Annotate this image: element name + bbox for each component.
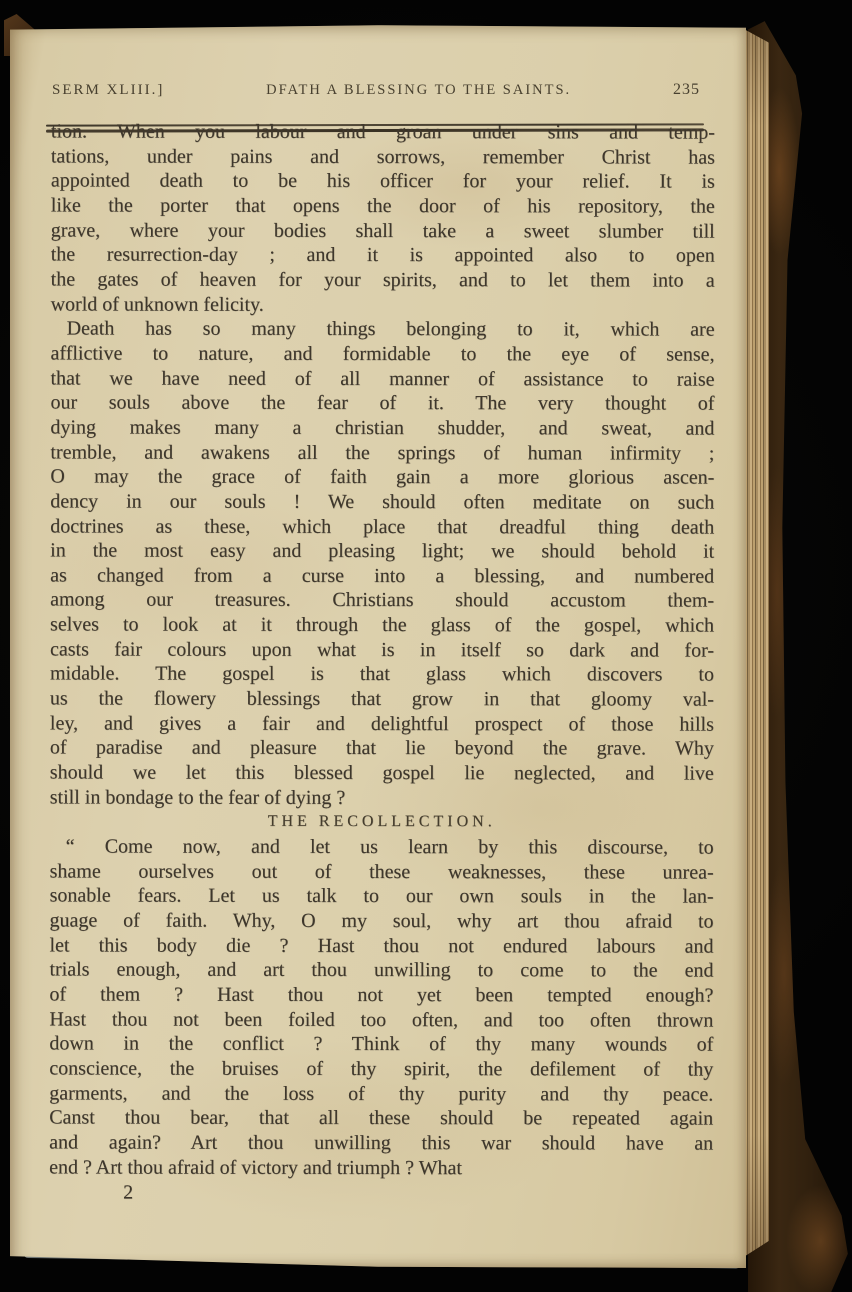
- text-line: of paradise and pleasure that lie beyond…: [50, 736, 714, 762]
- book-page: SERM XLIII.] DFATH A BLESSING TO THE SAI…: [10, 24, 746, 1268]
- text-line: sonable fears. Let us talk to our own so…: [50, 884, 714, 910]
- text-line: in the most easy and pleasing light; we …: [50, 539, 714, 565]
- text-line: midable. The gospel is that glass which …: [50, 662, 714, 688]
- page-number: 235: [673, 81, 700, 99]
- text-line: appointed death to be his officer for yo…: [51, 169, 715, 195]
- body-text: tion. When you labour and groan under si…: [49, 119, 715, 1206]
- signature-mark: 2: [49, 1180, 713, 1207]
- text-line: shame ourselves out of these weaknesses,…: [50, 859, 714, 885]
- text-line: us the flowery blessings that grow in th…: [50, 687, 714, 713]
- text-line: tations, under pains and sorrows, rememb…: [51, 144, 715, 170]
- text-line: our souls above the fear of it. The very…: [50, 391, 714, 417]
- text-line: doctrines as these, which place that dre…: [50, 514, 714, 540]
- running-title: DFATH A BLESSING TO THE SAINTS.: [164, 82, 673, 99]
- text-line: conscience, the bruises of thy spirit, t…: [49, 1056, 713, 1082]
- text-line: and again? Art thou unwilling this war s…: [49, 1130, 713, 1156]
- text-line: tion. When you labour and groan under si…: [51, 119, 715, 145]
- text-line: dying makes many a christian shudder, an…: [50, 415, 714, 441]
- running-header: SERM XLIII.] DFATH A BLESSING TO THE SAI…: [52, 81, 700, 99]
- text-line: like the porter that opens the door of h…: [51, 193, 715, 219]
- text-line: afflictive to nature, and formidable to …: [51, 341, 715, 367]
- text-line: should we let this blessed gospel lie ne…: [50, 760, 714, 786]
- page-fore-edge: [742, 28, 769, 1258]
- sermon-number-label: SERM XLIII.]: [52, 82, 164, 99]
- text-line: of them ? Hast thou not yet been tempted…: [49, 982, 713, 1008]
- text-line: “ Come now, and let us learn by this dis…: [50, 834, 714, 860]
- text-line: O may the grace of faith gain a more glo…: [50, 465, 714, 491]
- text-line: end ? Art thou afraid of victory and tri…: [49, 1155, 713, 1181]
- text-line: Hast thou not been foiled too often, and…: [49, 1007, 713, 1033]
- text-line: the resurrection-day ; and it is appoint…: [51, 243, 715, 269]
- text-line: grave, where your bodies shall take a sw…: [51, 218, 715, 244]
- text-line: trials enough, and art thou unwilling to…: [49, 958, 713, 984]
- text-line: among our treasures. Christians should a…: [50, 588, 714, 614]
- text-line: garments, and the loss of thy purity and…: [49, 1081, 713, 1107]
- text-line: world of unknown felicity.: [51, 292, 715, 318]
- text-line: guage of faith. Why, O my soul, why art …: [50, 908, 714, 934]
- text-line: that we have need of all manner of assis…: [50, 366, 714, 392]
- text-line: dency in our souls ! We should often med…: [50, 489, 714, 515]
- text-line: the gates of heaven for your spirits, an…: [51, 267, 715, 293]
- text-line: Canst thou bear, that all these should b…: [49, 1106, 713, 1132]
- text-line: Death has so many things belonging to it…: [51, 317, 715, 343]
- text-line: let this body die ? Hast thou not endure…: [49, 933, 713, 959]
- text-line: as changed from a curse into a blessing,…: [50, 563, 714, 589]
- book-scan: SERM XLIII.] DFATH A BLESSING TO THE SAI…: [0, 0, 852, 1292]
- text-line: selves to look at it through the glass o…: [50, 613, 714, 639]
- text-line: casts fair colours upon what is in itsel…: [50, 637, 714, 663]
- text-line: still in bondage to the fear of dying ?: [50, 785, 714, 811]
- text-line: down in the conflict ? Think of thy many…: [49, 1032, 713, 1058]
- section-heading: THE RECOLLECTION.: [50, 810, 714, 836]
- text-line: tremble, and awakens all the springs of …: [50, 440, 714, 466]
- text-line: ley, and gives a fair and delightful pro…: [50, 711, 714, 737]
